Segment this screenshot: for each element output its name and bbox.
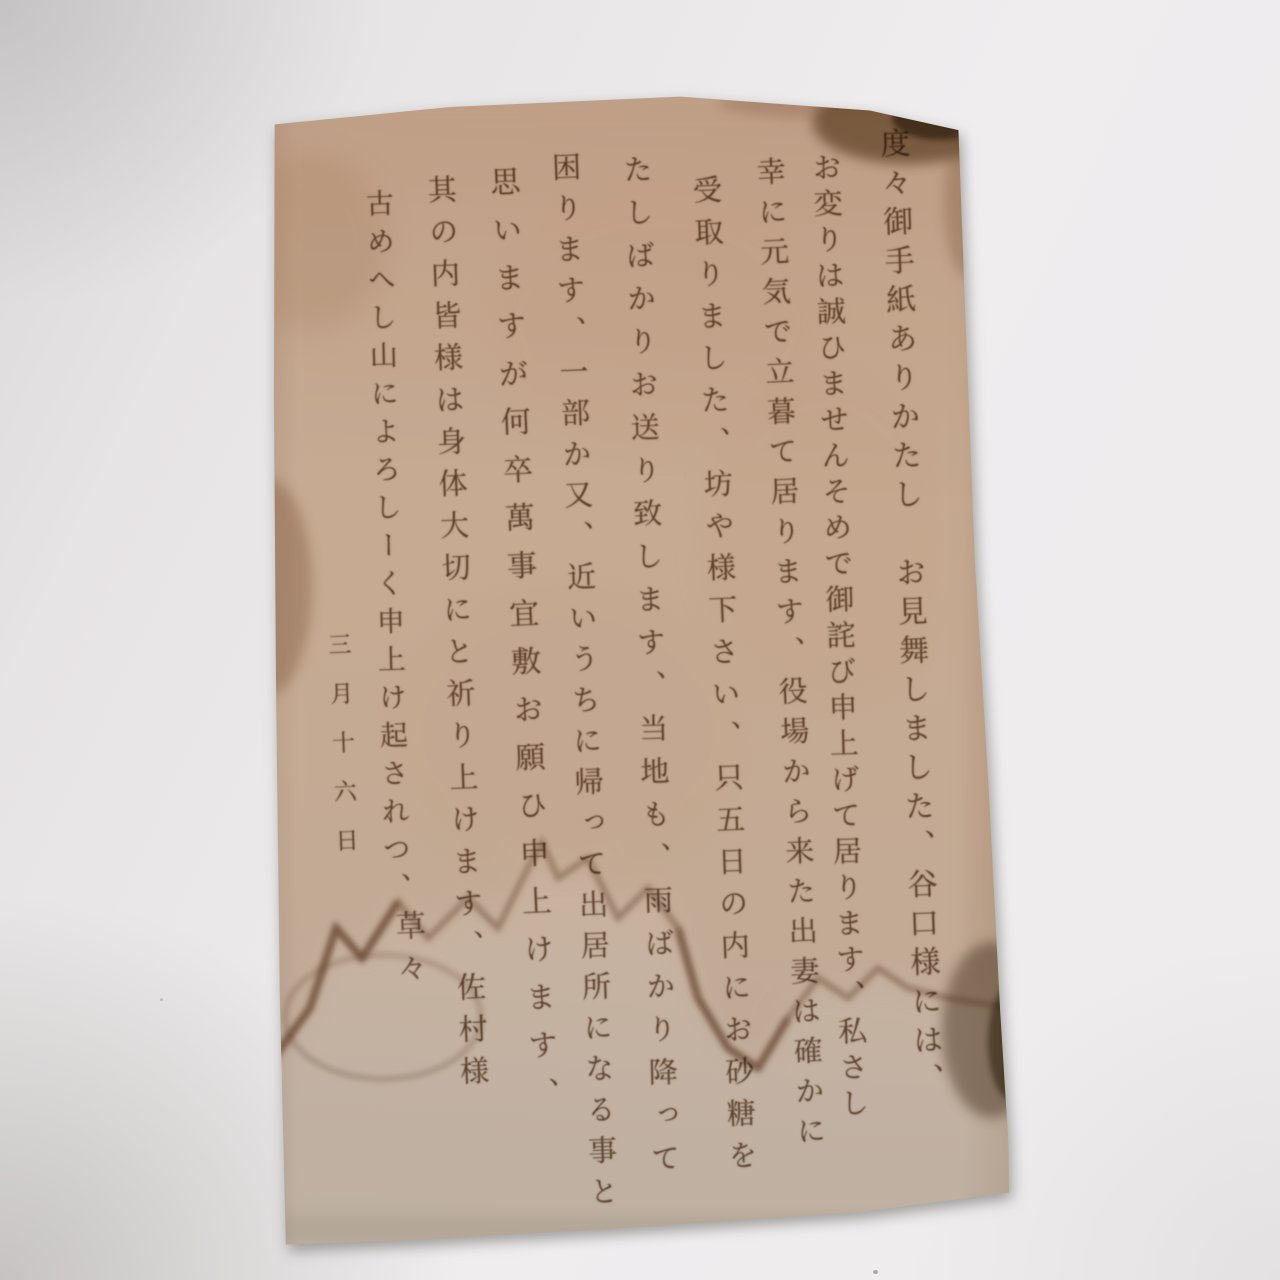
date-column: 三月十六日 xyxy=(314,632,363,878)
handwritten-column-1: 度々御手紙ありかたし お見舞しました、谷口様には、 xyxy=(873,127,949,1103)
closing-mark: 草々 xyxy=(388,909,431,994)
postcard-paper: 度々御手紙ありかたし お見舞しました、谷口様には、 お変りは誠ひませんそめで御詫… xyxy=(268,92,1012,1248)
photograph-background: 度々御手紙ありかたし お見舞しました、谷口様には、 お変りは誠ひませんそめで御詫… xyxy=(0,0,1280,1280)
handwritten-column-9: 古めへし山によろしーく申上け起されつ、 xyxy=(358,188,417,911)
handwritten-column-5: たしばかりお送り致します、当地も、雨ばかり降って xyxy=(617,154,686,1187)
handwriting-layer: 度々御手紙ありかたし お見舞しました、谷口様には、 お変りは誠ひませんそめで御詫… xyxy=(267,87,1053,1269)
handwritten-column-4: 受取りました、坊や様下さい、只五日の内にお砂糖を xyxy=(686,174,763,1183)
postcard: 度々御手紙ありかたし お見舞しました、谷口様には、 お変りは誠ひませんそめで御詫… xyxy=(0,0,1280,1280)
